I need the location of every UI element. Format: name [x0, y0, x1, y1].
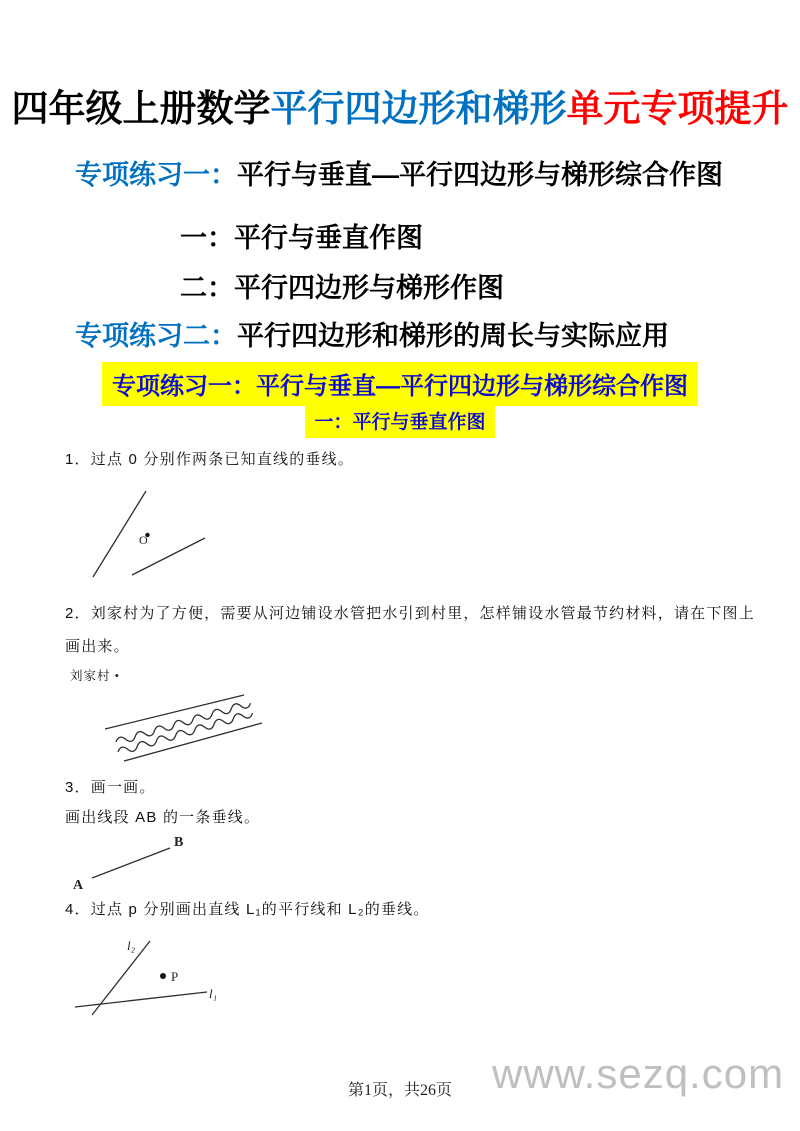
question-3-title: 3．画一画。	[65, 771, 765, 804]
line-l1	[75, 992, 207, 1007]
outline-item-2: 专项练习二：平行四边形和梯形的周长与实际应用	[75, 314, 669, 353]
question-1-figure: O	[85, 487, 215, 587]
question-4-figure: l₂ l₁ P	[70, 928, 235, 1023]
worksheet-page: 四年级上册数学平行四边形和梯形单元专项提升 专项练习一：平行与垂直—平行四边形与…	[0, 0, 800, 1131]
segment-ab	[92, 848, 170, 878]
point-o-label: O	[139, 533, 148, 547]
watermark: www.sezq.com	[492, 1050, 784, 1098]
title-part-red: 单元专项提升	[567, 88, 789, 129]
line-l2-label: l₂	[127, 938, 136, 953]
line-l1-label: l₁	[209, 986, 217, 1001]
outline-item-1-sub-2: 二：平行四边形与梯形作图	[180, 266, 504, 305]
point-b-label: B	[174, 835, 183, 850]
outline-item-1-sub-1-text: 一：平行与垂直作图	[180, 223, 423, 253]
section-heading-sub: 一：平行与垂直作图	[305, 404, 494, 438]
section-heading-main-wrap: 专项练习一：平行与垂直—平行四边形与梯形综合作图	[0, 362, 800, 406]
point-p-label: P	[171, 969, 178, 984]
title-part-blue: 平行四边形和梯形	[271, 88, 567, 129]
outline-item-1-text: 平行与垂直—平行四边形与梯形综合作图	[237, 160, 723, 190]
question-4-text: 4．过点 p 分别画出直线 L₁的平行线和 L₂的垂线。	[65, 893, 765, 926]
section-heading-main: 专项练习一：平行与垂直—平行四边形与梯形综合作图	[102, 362, 698, 406]
question-2-figure-river	[98, 688, 278, 778]
question-2-text: 2．刘家村为了方便，需要从河边铺设水管把水引到村里，怎样铺设水管最节约材料，请在…	[65, 597, 757, 663]
page-title: 四年级上册数学平行四边形和梯形单元专项提升	[0, 78, 800, 132]
title-part-black: 四年级上册数学	[12, 88, 271, 129]
outline-item-1-sub-1: 一：平行与垂直作图	[180, 216, 423, 255]
outline-item-1-label: 专项练习一：	[75, 160, 237, 190]
outline-item-1: 专项练习一：平行与垂直—平行四边形与梯形综合作图	[75, 153, 723, 192]
outline-item-2-label: 专项练习二：	[75, 321, 237, 351]
outline-item-2-text: 平行四边形和梯形的周长与实际应用	[237, 321, 669, 351]
outline-item-1-sub-2-text: 二：平行四边形与梯形作图	[180, 273, 504, 303]
point-a-label: A	[73, 878, 84, 893]
question-3-figure: A B	[70, 830, 200, 895]
point-p-dot	[160, 973, 166, 979]
village-label: 刘家村 •	[70, 666, 120, 684]
question-1-text: 1．过点 0 分别作两条已知直线的垂线。	[65, 443, 765, 476]
section-heading-sub-wrap: 一：平行与垂直作图	[0, 404, 800, 438]
